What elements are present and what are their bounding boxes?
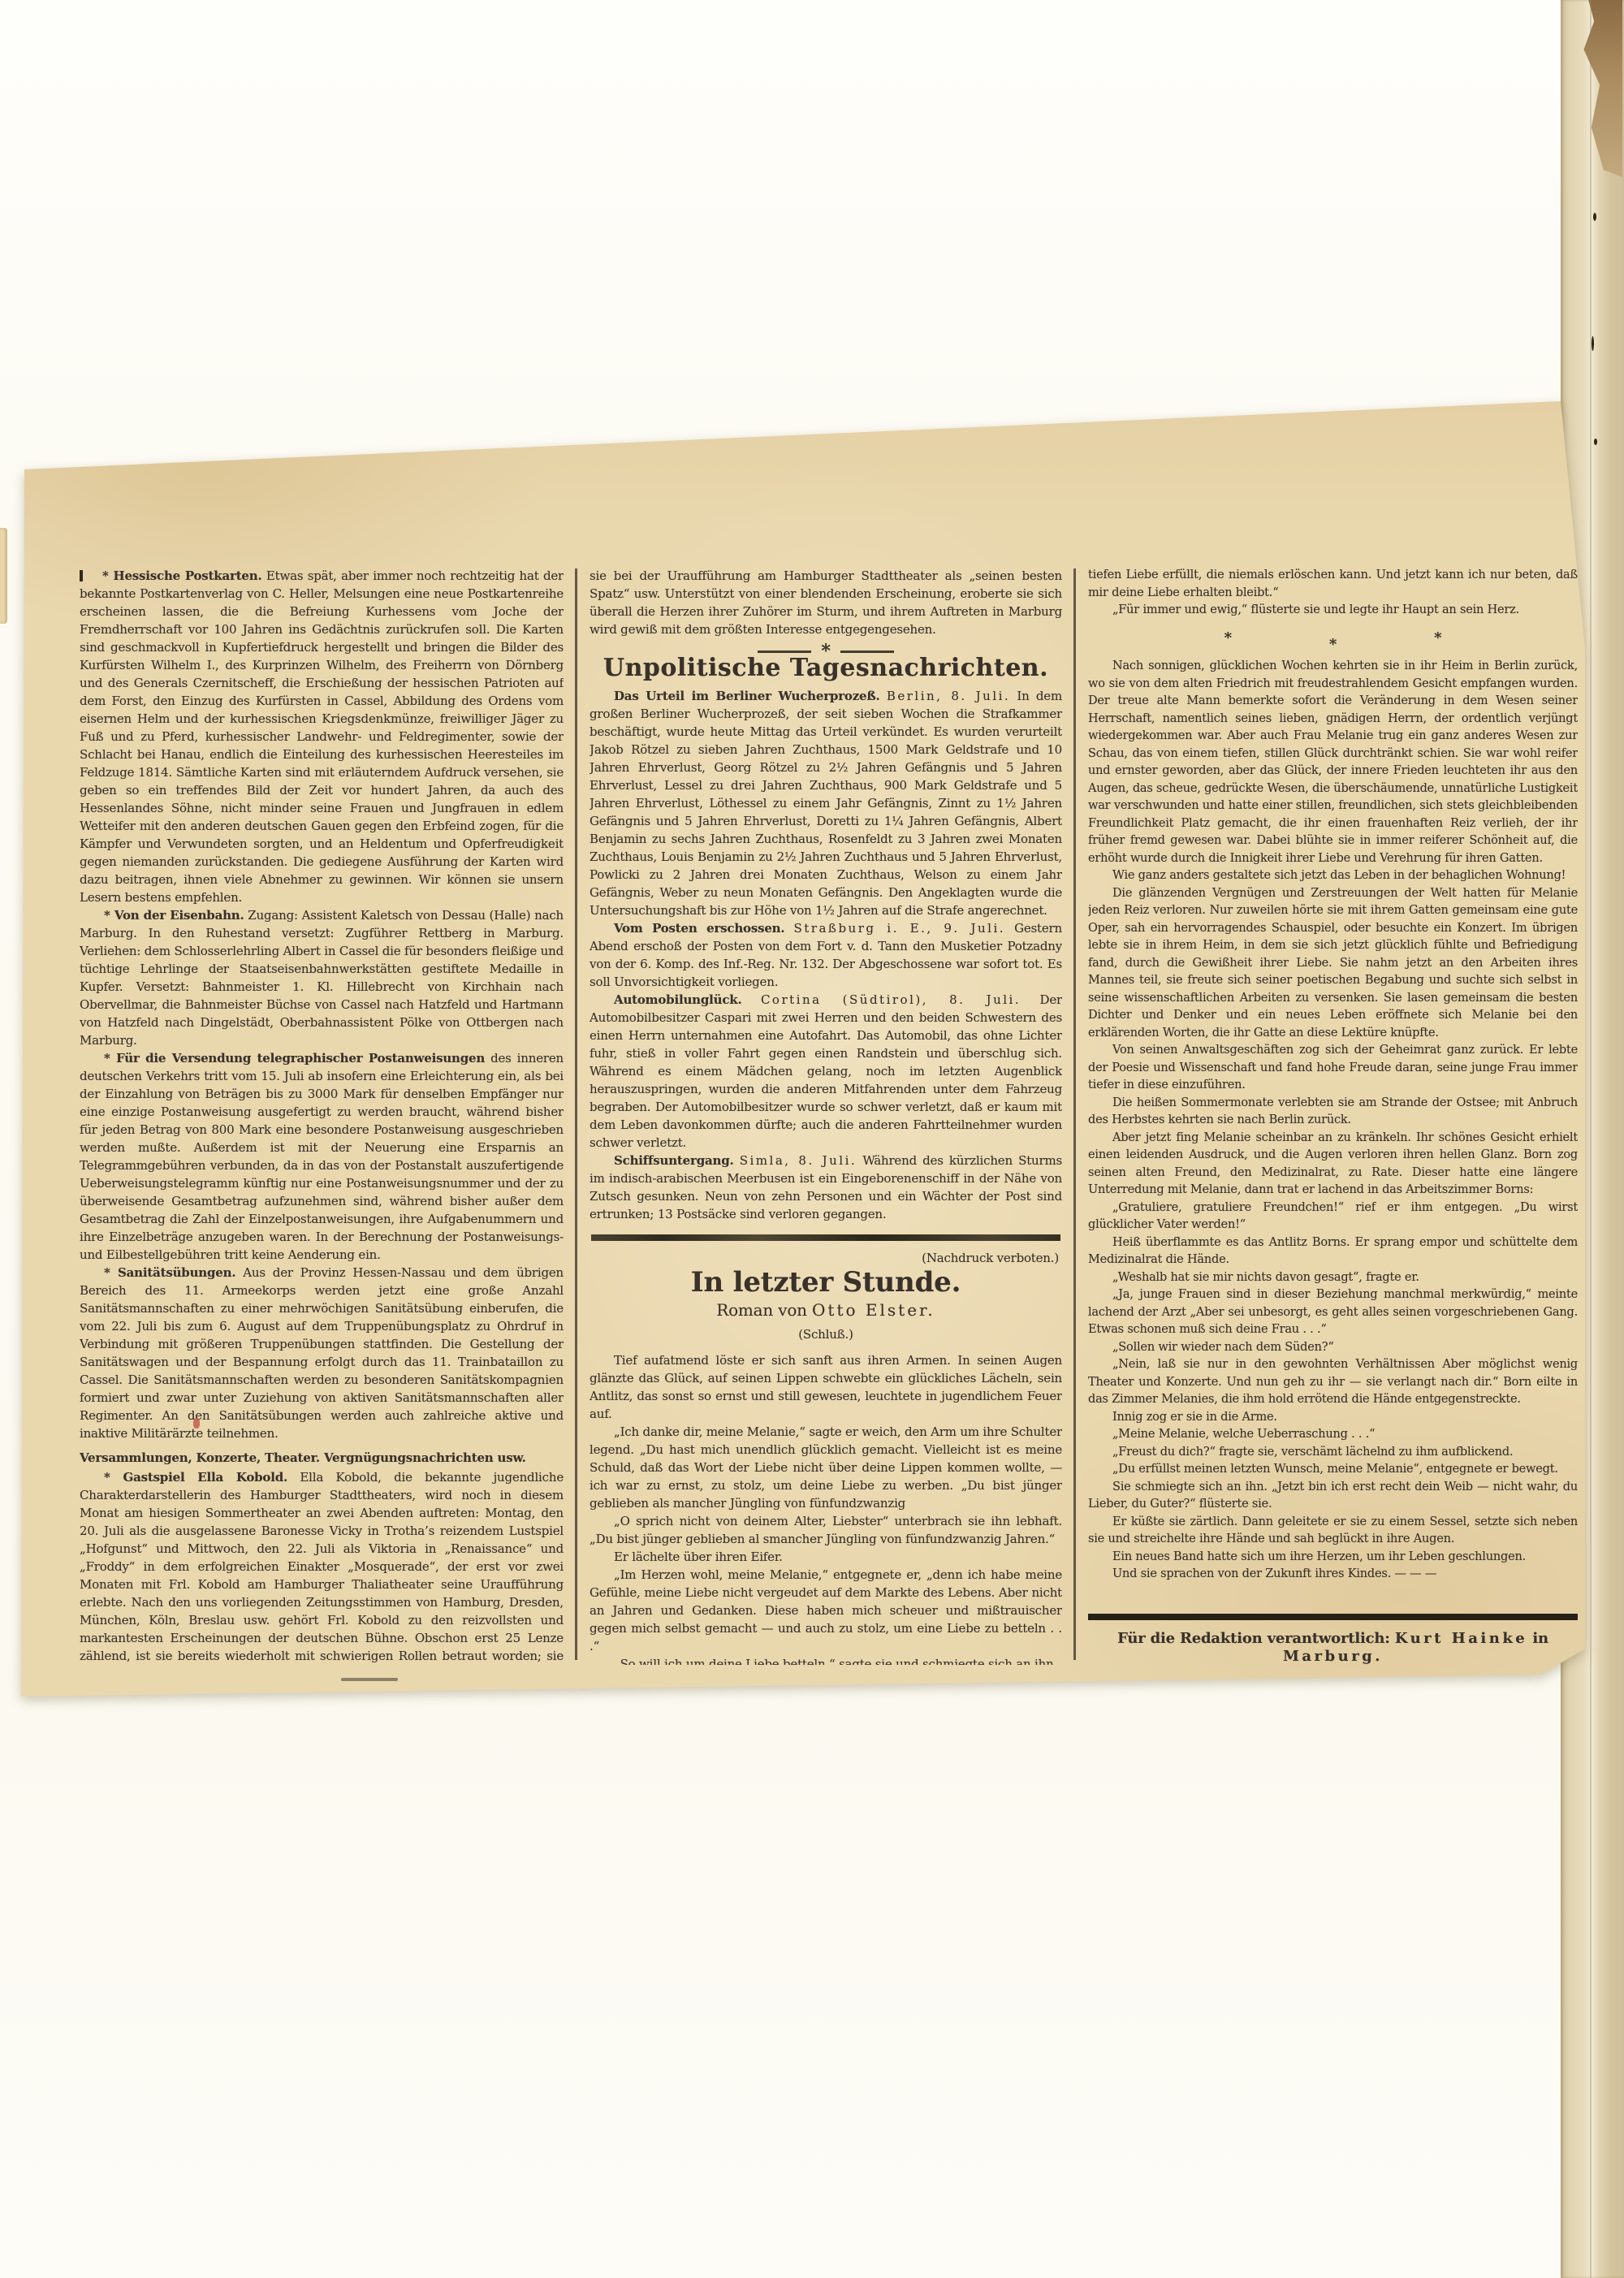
- novel-title: In letzter Stunde.: [590, 1273, 1062, 1291]
- ink-mark: [80, 570, 83, 581]
- asterisk-icon: *: [1434, 629, 1441, 647]
- news-item: * Gastspiel Ella Kobold. Ella Kobold, di…: [80, 1468, 564, 1665]
- asterisk-divider: * * *: [1088, 629, 1578, 647]
- novel-paragraph: Von seinen Anwaltsgeschäften zog sich de…: [1088, 1042, 1578, 1095]
- novel-paragraph: Die heißen Sommermonate verlebten sie am…: [1088, 1095, 1578, 1130]
- column-right-text: tiefen Liebe erfüllt, die niemals erlösc…: [1088, 567, 1578, 1607]
- novel-paragraph: „Ich danke dir, meine Melanie,“ sagte er…: [590, 1423, 1062, 1512]
- novel-paragraph: „Meine Melanie, welche Ueberraschung . .…: [1088, 1426, 1578, 1444]
- item-text: In dem großen Berliner Wucherprozeß, der…: [590, 689, 1062, 918]
- column-left: * Hessische Postkarten. Etwas spät, aber…: [80, 567, 564, 1665]
- novel-paragraph: „Gratuliere, gratuliere Freundchen!“ rie…: [1088, 1200, 1578, 1234]
- news-item: * Für die Versendung telegraphischer Pos…: [80, 1049, 564, 1264]
- ink-speck: [1594, 439, 1597, 445]
- novel-paragraph: „Für immer und ewig,“ flüsterte sie und …: [1088, 602, 1578, 620]
- section-heading: Unpolitische Tagesnachrichten.: [590, 659, 1062, 677]
- imprint-place: Marburg.: [1283, 1648, 1383, 1665]
- ornamental-rule: [591, 1234, 1060, 1241]
- novel-paragraph: Ein neues Band hatte sich um ihre Herzen…: [1088, 1549, 1578, 1567]
- news-item: * Sanitätsübungen. Aus der Provinz Hesse…: [80, 1264, 564, 1442]
- novel-paragraph: Heiß überflammte es das Antlitz Borns. E…: [1088, 1234, 1578, 1269]
- item-lead: * Von der Eisenbahn.: [104, 908, 244, 923]
- dateline: Simla, 8. Juli.: [740, 1153, 857, 1168]
- news-item: * Hessische Postkarten. Etwas spät, aber…: [80, 567, 564, 906]
- red-pencil-mark: [193, 1418, 200, 1429]
- item-lead: * Für die Versendung telegraphischer Pos…: [104, 1051, 485, 1066]
- novel-paragraph: Aber jetzt fing Melanie scheinbar an zu …: [1088, 1130, 1578, 1200]
- dateline: Straßburg i. E., 9. Juli.: [794, 921, 1006, 936]
- ink-speck: [1592, 336, 1594, 351]
- novel-paragraph: Wie ganz anders gestaltete sich jetzt da…: [1088, 867, 1578, 885]
- reprint-notice: (Nachdruck verboten.): [590, 1249, 1059, 1267]
- dateline: Berlin, 8. Juli.: [887, 689, 1010, 703]
- torn-paper-edge: [1575, 0, 1622, 177]
- novel-paragraph: „Ja, junge Frauen sind in dieser Beziehu…: [1088, 1286, 1578, 1339]
- imprint-prefix: Für die Redaktion verantwortlich:: [1117, 1630, 1390, 1647]
- news-item: Vom Posten erschossen. Straßburg i. E., …: [590, 919, 1062, 991]
- item-lead: * Hessische Postkarten.: [102, 568, 262, 583]
- item-lead: Automobilunglück.: [614, 992, 742, 1007]
- item-lead: Das Urteil im Berliner Wucherprozeß.: [614, 689, 880, 703]
- newspaper-sheet: * Hessische Postkarten. Etwas spät, aber…: [16, 396, 1588, 1701]
- novel-paragraph: „Sollen wir wieder nach dem Süden?“: [1088, 1339, 1578, 1357]
- item-text: des inneren deutschen Verkehrs tritt vom…: [80, 1051, 564, 1262]
- novel-paragraph: „O sprich nicht von deinem Alter, Liebst…: [590, 1512, 1062, 1548]
- editor-imprint: Für die Redaktion verantwortlich: Kurt H…: [1088, 1630, 1578, 1665]
- column-gap: [564, 567, 590, 1665]
- divider-dash: [840, 651, 894, 653]
- news-item: Schiffsuntergang. Simla, 8. Juli. Währen…: [590, 1152, 1062, 1223]
- column-right: tiefen Liebe erfüllt, die niemals erlösc…: [1088, 567, 1578, 1665]
- novel-paragraph: „Freust du dich?“ fragte sie, verschämt …: [1088, 1444, 1578, 1462]
- novel-paragraph: Er lächelte über ihren Eifer.: [590, 1548, 1062, 1566]
- divider-dash: [758, 651, 811, 653]
- novel-paragraph: Sie schmiegte sich an ihn. „Jetzt bin ic…: [1088, 1479, 1578, 1514]
- item-lead: Vom Posten erschossen.: [614, 921, 784, 936]
- novel-paragraph: Er küßte sie zärtlich. Dann geleitete er…: [1088, 1514, 1578, 1549]
- column-rule: [575, 568, 577, 1660]
- novel-paragraph: „Nein, laß sie nur in den gewohnten Verh…: [1088, 1356, 1578, 1409]
- novel-paragraph: tiefen Liebe erfüllt, die niemals erlösc…: [1088, 567, 1578, 602]
- column-gap: [1062, 567, 1088, 1665]
- page-content: * Hessische Postkarten. Etwas spät, aber…: [80, 567, 1578, 1665]
- item-lead: * Gastspiel Ella Kobold.: [104, 1470, 287, 1485]
- footer-rule: [1088, 1614, 1578, 1620]
- item-text: Ella Kobold, die bekannte jugendliche Ch…: [80, 1470, 564, 1665]
- news-item: * Von der Eisenbahn. Zugang: Assistent K…: [80, 906, 564, 1049]
- editor-name: Kurt Hainke: [1395, 1630, 1527, 1647]
- item-lead: * Sanitätsübungen.: [104, 1265, 235, 1280]
- asterisk-icon: *: [1329, 636, 1337, 654]
- novel-paragraph: „Im Herzen wohl, meine Melanie,“ entgegn…: [590, 1566, 1062, 1655]
- novel-paragraph: „Du erfüllst meinen letzten Wunsch, mein…: [1088, 1461, 1578, 1479]
- item-text: Zugang: Assistent Kaletsch von Dessau (H…: [80, 908, 564, 1048]
- novel-part-label: (Schluß.): [590, 1325, 1062, 1343]
- novel-paragraph: Nach sonnigen, glücklichen Wochen kehrte…: [1088, 658, 1578, 867]
- column-end-dash: [341, 1678, 398, 1681]
- novel-byline: Roman von Otto Elster.: [590, 1301, 1062, 1319]
- byline-prefix: Roman von: [716, 1300, 812, 1320]
- author-name: Otto Elster.: [812, 1300, 935, 1320]
- section-subhead: Versammlungen, Konzerte, Theater. Vergnü…: [80, 1449, 564, 1467]
- ink-speck: [1593, 213, 1596, 221]
- news-item: Das Urteil im Berliner Wucherprozeß. Ber…: [590, 687, 1062, 919]
- item-text: Aus der Provinz Hessen-Nassau und dem üb…: [80, 1265, 564, 1441]
- novel-paragraph: „So will ich um deine Liebe betteln,“ sa…: [590, 1655, 1062, 1665]
- novel-paragraph: Und sie sprachen von der Zukunft ihres K…: [1088, 1566, 1578, 1584]
- item-lead: Schiffsuntergang.: [614, 1153, 734, 1168]
- dateline: Cortina (Südtirol), 8. Juli.: [761, 992, 1021, 1007]
- column-middle: sie bei der Uraufführung am Hamburger St…: [590, 567, 1062, 1665]
- continuation-paragraph: sie bei der Uraufführung am Hamburger St…: [590, 567, 1062, 638]
- novel-paragraph: Die glänzenden Vergnügen und Zerstreuung…: [1088, 885, 1578, 1043]
- left-page-sliver: [0, 528, 7, 624]
- item-text: Etwas spät, aber immer noch rechtzeitig …: [80, 568, 564, 905]
- novel-paragraph: Tief aufatmend löste er sich sanft aus i…: [590, 1351, 1062, 1423]
- item-text: Der Automobilbesitzer Caspari mit zwei H…: [590, 992, 1062, 1150]
- scan-background: * Hessische Postkarten. Etwas spät, aber…: [0, 0, 1624, 2278]
- imprint-mid: in: [1532, 1630, 1548, 1647]
- novel-paragraph: Innig zog er sie in die Arme.: [1088, 1409, 1578, 1427]
- column-rule: [1073, 568, 1076, 1660]
- asterisk-icon: *: [1224, 629, 1232, 647]
- news-item: Automobilunglück. Cortina (Südtirol), 8.…: [590, 991, 1062, 1152]
- novel-paragraph: „Weshalb hat sie mir nichts davon gesagt…: [1088, 1269, 1578, 1287]
